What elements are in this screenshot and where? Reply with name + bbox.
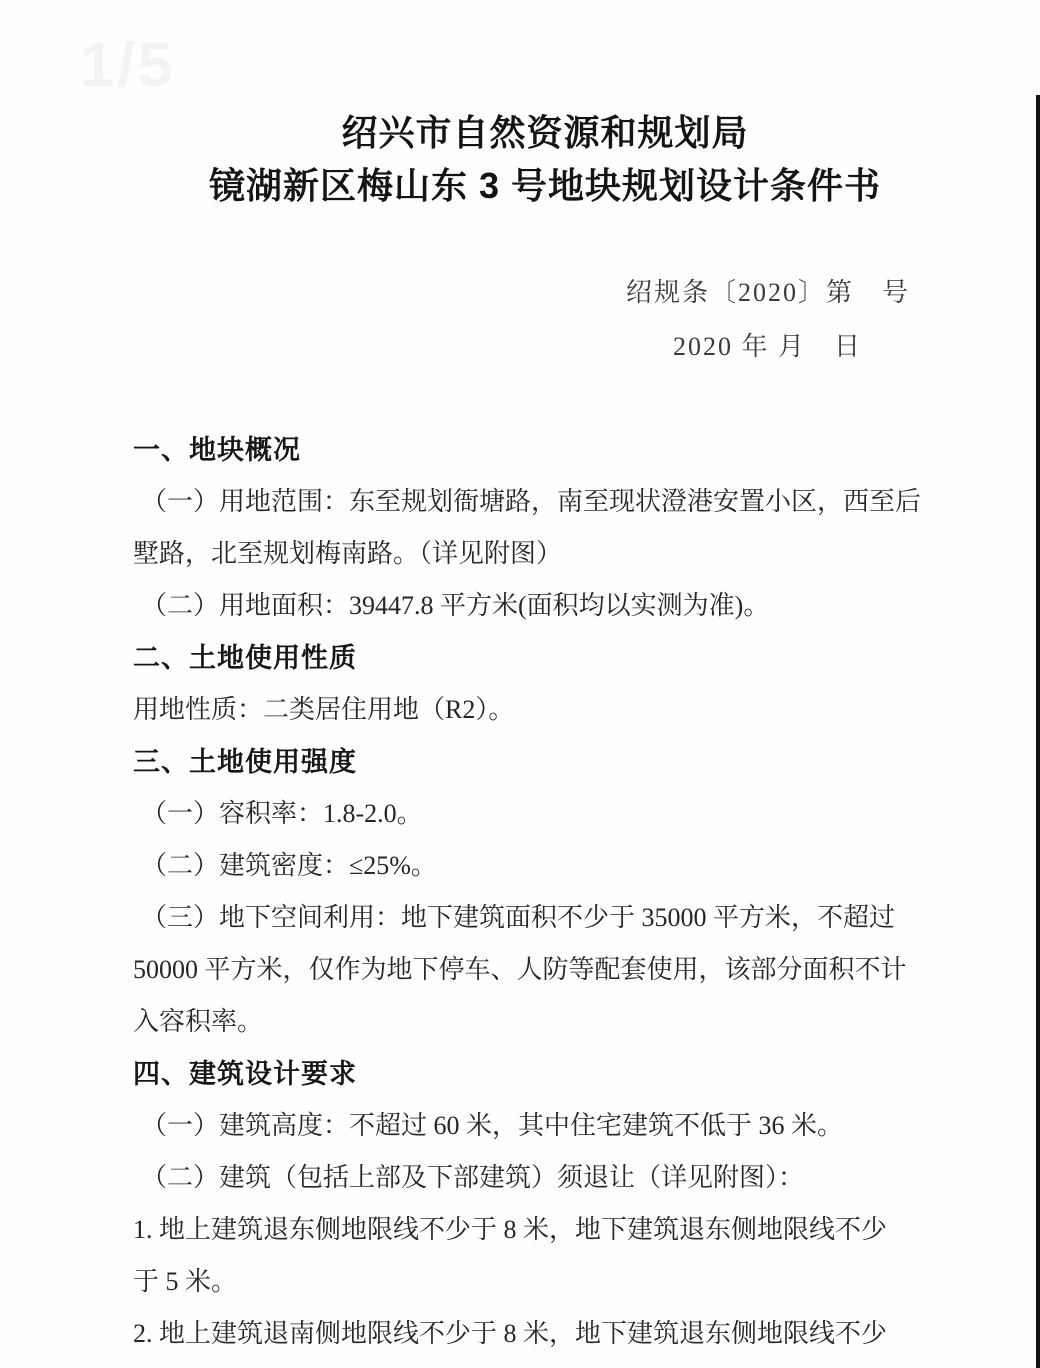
section4-subitem2-line1: 2. 地上建筑退南侧地限线不少于 8 米，地下建筑退东侧地限线不少 <box>133 1308 923 1360</box>
section4-item2: （二）建筑（包括上部及下部建筑）须退让（详见附图）： <box>133 1152 923 1204</box>
section3-item3-line1: （三）地下空间利用：地下建筑面积不少于 35000 平方米，不超过 <box>133 892 923 944</box>
section1-item2: （二）用地面积：39447.8 平方米(面积均以实测为准)。 <box>133 580 923 632</box>
section4-item1: （一）建筑高度：不超过 60 米，其中住宅建筑不低于 36 米。 <box>133 1100 923 1152</box>
document-date: 2020 年 月 日 <box>673 326 862 363</box>
section1-heading: 一、地块概况 <box>133 424 923 476</box>
page-number-watermark: 1/5 <box>80 30 175 101</box>
section1-item1-line1: （一）用地范围：东至规划衙塘路，南至现状澄港安置小区，西至后 <box>133 476 923 528</box>
document-header: 绍兴市自然资源和规划局 镜湖新区梅山东 3 号地块规划设计条件书 <box>25 106 1040 212</box>
section4-subitem1-line2: 于 5 米。 <box>133 1256 923 1308</box>
section3-item2: （二）建筑密度：≤25%。 <box>133 840 923 892</box>
scan-edge-bar <box>1036 95 1040 1368</box>
document-body: 一、地块概况 （一）用地范围：东至规划衙塘路，南至现状澄港安置小区，西至后 墅路… <box>133 424 923 1360</box>
section3-item3-line3: 入容积率。 <box>133 996 923 1048</box>
section4-heading: 四、建筑设计要求 <box>133 1048 923 1100</box>
section2-line1: 用地性质：二类居住用地（R2）。 <box>133 684 923 736</box>
section1-item1-line2: 墅路，北至规划梅南路。（详见附图） <box>133 528 923 580</box>
document-title-line1: 绍兴市自然资源和规划局 <box>25 106 1040 159</box>
section2-heading: 二、土地使用性质 <box>133 632 923 684</box>
document-reference-number: 绍规条〔2020〕第 号 <box>626 272 910 309</box>
section3-item1: （一）容积率：1.8-2.0。 <box>133 788 923 840</box>
section3-item3-line2: 50000 平方米，仅作为地下停车、人防等配套使用，该部分面积不计 <box>133 944 923 996</box>
document-title-line2: 镜湖新区梅山东 3 号地块规划设计条件书 <box>25 159 1040 212</box>
section4-subitem1-line1: 1. 地上建筑退东侧地限线不少于 8 米，地下建筑退东侧地限线不少 <box>133 1204 923 1256</box>
section3-heading: 三、土地使用强度 <box>133 736 923 788</box>
